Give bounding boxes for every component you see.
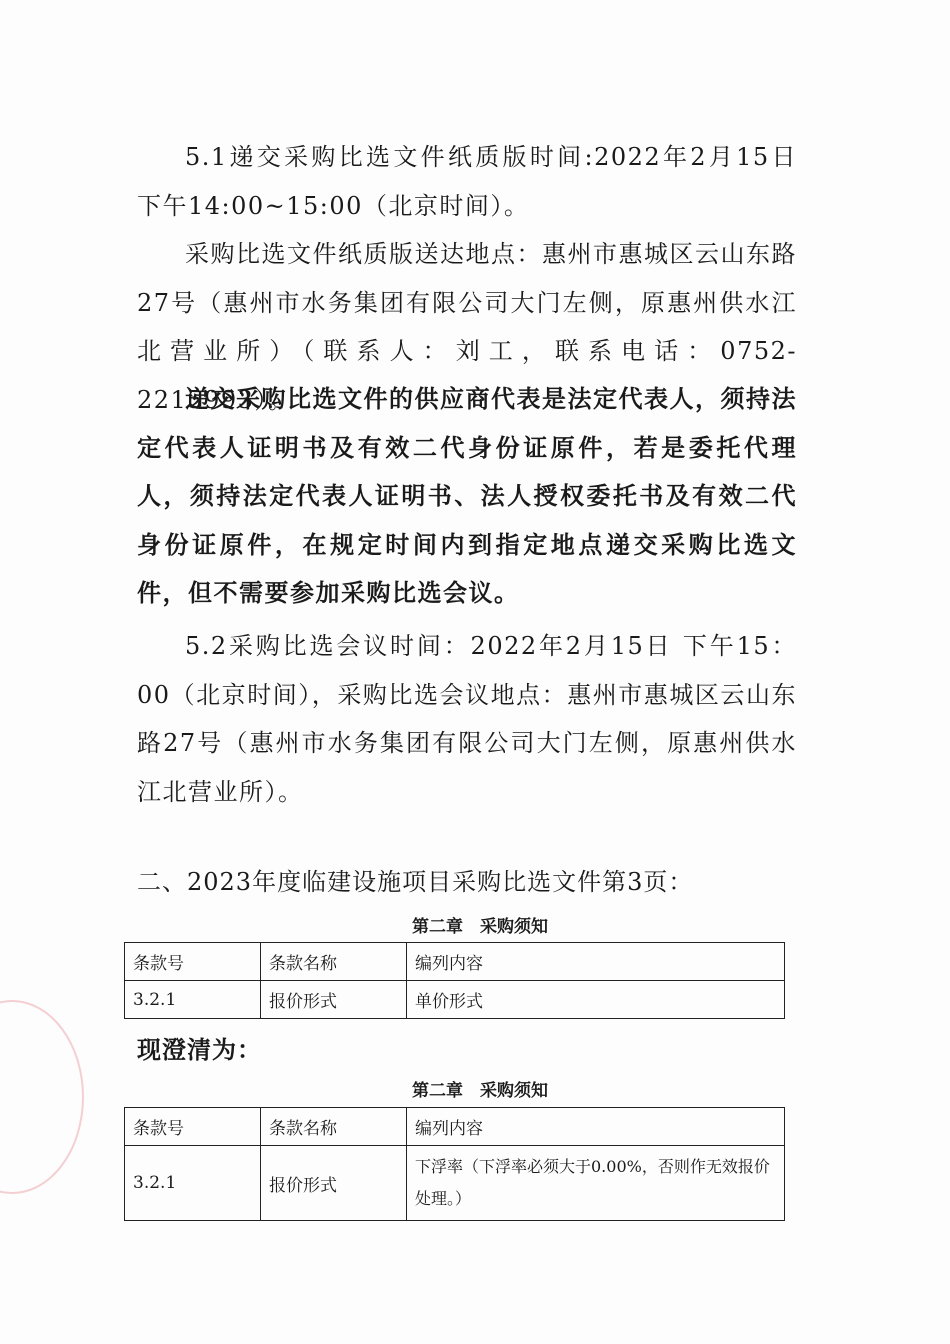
paragraph-5-2-meeting: 5.2采购比选会议时间：2022年2月15日 下午15：00（北京时间），采购比… [137,622,797,816]
paragraph-5-1-time: 5.1递交采购比选文件纸质版时间:2022年2月15日 下午14:00~15:0… [137,133,797,230]
paragraph-5-1-requirements: 递交采购比选文件的供应商代表是法定代表人，须持法定代表人证明书及有效二代身份证原… [137,375,797,618]
table-row: 3.2.1 报价形式 下浮率（下浮率必须大于0.00%，否则作无效报价处理。） [125,1146,785,1221]
clarification-label: 现澄清为： [137,1030,262,1065]
section-heading-2: 二、2023年度临建设施项目采购比选文件第3页： [137,862,693,897]
header-clause-number: 条款号 [125,943,261,981]
table-header-row: 条款号 条款名称 编列内容 [125,1108,785,1146]
cell-content: 单价形式 [407,981,785,1019]
header-clause-name: 条款名称 [261,1108,407,1146]
cell-content: 下浮率（下浮率必须大于0.00%，否则作无效报价处理。） [407,1146,785,1221]
clarified-table-caption: 第二章 采购须知 [0,1076,950,1101]
header-content: 编列内容 [407,1108,785,1146]
cell-clause-number: 3.2.1 [125,981,261,1019]
table-row: 3.2.1 报价形式 单价形式 [125,981,785,1019]
clarified-clause-table: 条款号 条款名称 编列内容 3.2.1 报价形式 下浮率（下浮率必须大于0.00… [124,1107,785,1221]
cell-clause-name: 报价形式 [261,981,407,1019]
header-clause-name: 条款名称 [261,943,407,981]
original-clause-table: 条款号 条款名称 编列内容 3.2.1 报价形式 单价形式 [124,942,785,1019]
original-table-caption: 第二章 采购须知 [0,912,950,937]
cell-clause-name: 报价形式 [261,1146,407,1221]
document-page: 5.1递交采购比选文件纸质版时间:2022年2月15日 下午14:00~15:0… [0,0,950,1344]
cell-clause-number: 3.2.1 [125,1146,261,1221]
header-clause-number: 条款号 [125,1108,261,1146]
header-content: 编列内容 [407,943,785,981]
table-header-row: 条款号 条款名称 编列内容 [125,943,785,981]
